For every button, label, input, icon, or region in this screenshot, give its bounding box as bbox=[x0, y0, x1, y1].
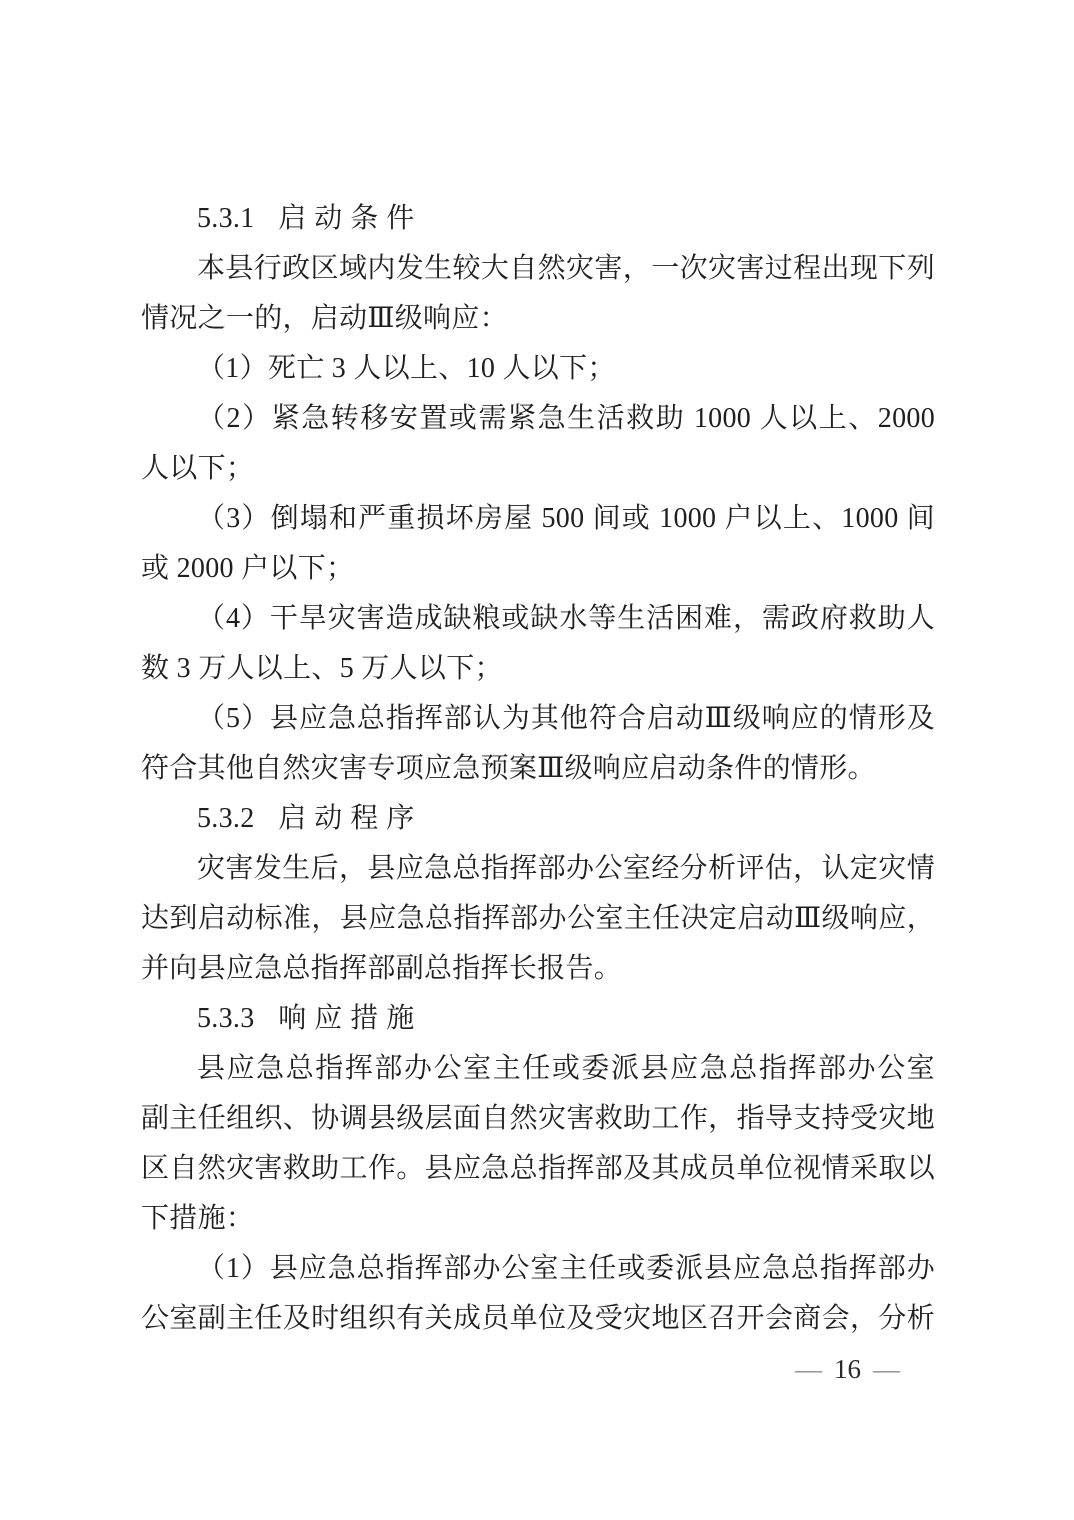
para-condition-5-line-2: 符合其他自然灾害专项应急预案Ⅲ级响应启动条件的情形。 bbox=[141, 744, 935, 794]
para-startup-procedure-line-3: 并向县应急总指挥部副总指挥长报告。 bbox=[141, 944, 935, 994]
para-condition-5-line-1: （5）县应急总指挥部认为其他符合启动Ⅲ级响应的情形及 bbox=[141, 694, 935, 744]
para-condition-3-line-1: （3）倒塌和严重损坏房屋 500 间或 1000 户以上、1000 间 bbox=[141, 494, 935, 544]
para-startup-procedure-line-2: 达到启动标准，县应急总指挥部办公室主任决定启动Ⅲ级响应， bbox=[141, 894, 935, 944]
para-response-measures-line-3: 区自然灾害救助工作。县应急总指挥部及其成员单位视情采取以 bbox=[141, 1144, 935, 1194]
para-measure-1-line-1: （1）县应急总指挥部办公室主任或委派县应急总指挥部办 bbox=[141, 1244, 935, 1294]
heading-number: 5.3.1 bbox=[197, 203, 255, 234]
heading-title: 启动条件 bbox=[278, 203, 422, 234]
heading-number: 5.3.3 bbox=[197, 1003, 255, 1034]
document-page: { "page": { "background": "#ffffff", "te… bbox=[0, 0, 1074, 1520]
para-startup-conditions-line-2: 情况之一的，启动Ⅲ级响应： bbox=[141, 294, 935, 344]
page-number-dash-right: — bbox=[873, 1344, 900, 1394]
page-footer: — 16 — bbox=[795, 1344, 900, 1394]
para-condition-1-line-1: （1）死亡 3 人以上、10 人以下； bbox=[141, 344, 935, 394]
heading-title: 启动程序 bbox=[278, 803, 422, 834]
para-startup-conditions-line-1: 本县行政区域内发生较大自然灾害，一次灾害过程出现下列 bbox=[141, 244, 935, 294]
page-number-dash-left: — bbox=[795, 1344, 822, 1394]
para-startup-procedure-line-1: 灾害发生后，县应急总指挥部办公室经分析评估，认定灾情 bbox=[141, 844, 935, 894]
heading-title: 响应措施 bbox=[278, 1003, 422, 1034]
heading-number: 5.3.2 bbox=[197, 803, 255, 834]
para-response-measures-line-2: 副主任组织、协调县级层面自然灾害救助工作，指导支持受灾地 bbox=[141, 1094, 935, 1144]
para-condition-2-line-1: （2）紧急转移安置或需紧急生活救助 1000 人以上、2000 bbox=[141, 394, 935, 444]
page-number: 16 bbox=[834, 1344, 861, 1394]
document-body: 5.3.1启动条件 本县行政区域内发生较大自然灾害，一次灾害过程出现下列 情况之… bbox=[141, 194, 935, 1344]
para-condition-4-line-2: 数 3 万人以上、5 万人以下； bbox=[141, 644, 935, 694]
para-condition-4-line-1: （4）干旱灾害造成缺粮或缺水等生活困难，需政府救助人 bbox=[141, 594, 935, 644]
section-heading-5-3-3: 5.3.3响应措施 bbox=[141, 994, 935, 1044]
para-condition-2-line-2: 人以下； bbox=[141, 444, 935, 494]
section-heading-5-3-2: 5.3.2启动程序 bbox=[141, 794, 935, 844]
para-response-measures-line-4: 下措施： bbox=[141, 1194, 935, 1244]
section-heading-5-3-1: 5.3.1启动条件 bbox=[141, 194, 935, 244]
para-measure-1-line-2: 公室副主任及时组织有关成员单位及受灾地区召开会商会，分析 bbox=[141, 1294, 935, 1344]
para-condition-3-line-2: 或 2000 户以下； bbox=[141, 544, 935, 594]
para-response-measures-line-1: 县应急总指挥部办公室主任或委派县应急总指挥部办公室 bbox=[141, 1044, 935, 1094]
